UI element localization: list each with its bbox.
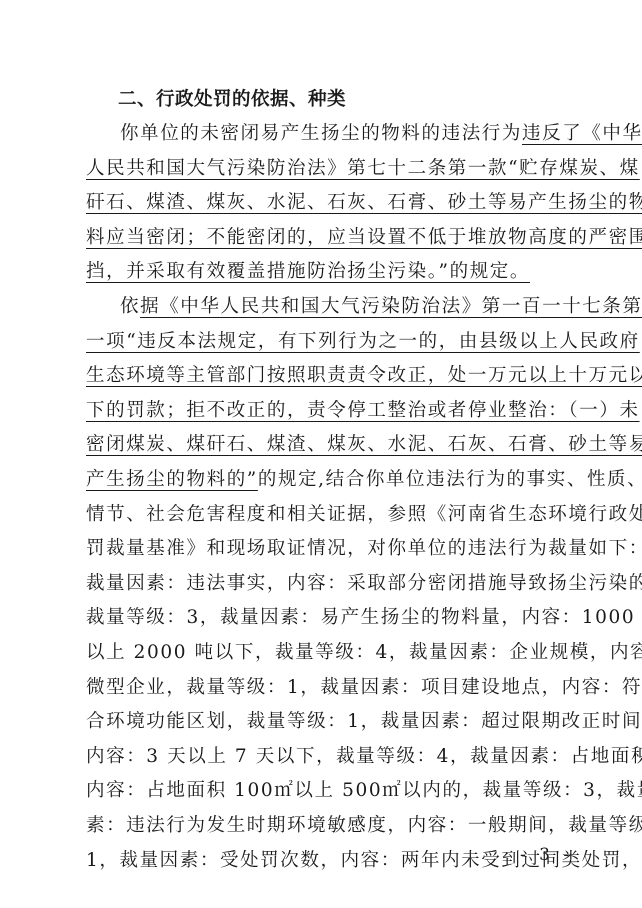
underlined-text: 挡，并采取有效覆盖措施防治扬尘污染。”的规定。 [86,261,530,282]
text-line: 产生扬尘的物料的”的规定,结合你单位违法行为的事实、性质、 [86,467,564,493]
text-line: 人民共和国大气污染防治法》第七十二条第一款“贮存煤炭、煤 [86,156,564,182]
text-line: 矸石、煤渣、煤灰、水泥、石灰、石膏、砂土等易产生扬尘的物 [86,190,564,216]
text-line: 密闭煤炭、煤矸石、煤渣、煤灰、水泥、石灰、石膏、砂土等易 [86,432,564,458]
text-line: 内容：3 天以上 7 天以下，裁量等级：4，裁量因素：占地面积， [86,744,564,770]
text-segment: 裁量因素：违法事实，内容：采取部分密闭措施导致扬尘污染的， [86,573,642,594]
underlined-text: 违反了《中华 [522,123,642,144]
underlined-text: 据《中华人民共和国大气污染防治法》第一百一十七条第 [140,296,642,317]
text-line: 裁量等级：3，裁量因素：易产生扬尘的物料量，内容：1000 吨 [86,605,564,631]
text-segment: 罚裁量基准》和现场取证情况，对你单位的违法行为裁量如下： [86,538,642,559]
text-line: 依据《中华人民共和国大气污染防治法》第一百一十七条第 [120,294,564,320]
underlined-text: 料应当密闭；不能密闭的，应当设置不低于堆放物高度的严密围 [86,227,642,248]
text-line: 一项“违反本法规定，有下列行为之一的，由县级以上人民政府 [86,329,564,355]
text-segment: 内容：占地面积 100㎡以上 500㎡以内的，裁量等级：3，裁量因 [86,780,642,801]
text-line: 罚裁量基准》和现场取证情况，对你单位的违法行为裁量如下： [86,536,564,562]
text-line: 你单位的未密闭易产生扬尘的物料的违法行为违反了《中华 [120,121,564,147]
text-line: 合环境功能区划，裁量等级：1，裁量因素：超过限期改正时间， [86,709,564,735]
page-number: - 3 - [520,845,573,865]
underlined-text: 一项“违反本法规定，有下列行为之一的，由县级以上人民政府 [86,331,640,352]
text-line: 微型企业，裁量等级：1，裁量因素：项目建设地点，内容：符 [86,675,564,701]
underlined-text: 密闭煤炭、煤矸石、煤渣、煤灰、水泥、石灰、石膏、砂土等易 [86,434,642,455]
text-segment: 依 [120,296,140,317]
text-line: 料应当密闭；不能密闭的，应当设置不低于堆放物高度的严密围 [86,225,564,251]
text-line: 裁量因素：违法事实，内容：采取部分密闭措施导致扬尘污染的， [86,571,564,597]
text-line: 以上 2000 吨以下，裁量等级：4，裁量因素：企业规模，内容： [86,640,564,666]
text-segment: 以上 2000 吨以下，裁量等级：4，裁量因素：企业规模，内容： [86,642,642,663]
underlined-text: 产生扬尘的物料的” [86,469,258,490]
underlined-text: 人民共和国大气污染防治法》第七十二条第一款“贮存煤炭、煤 [86,158,640,179]
text-segment: 合环境功能区划，裁量等级：1，裁量因素：超过限期改正时间， [86,711,642,732]
text-segment: 微型企业，裁量等级：1，裁量因素：项目建设地点，内容：符 [86,677,642,698]
text-line: 生态环境等主管部门按照职责责令改正，处一万元以上十万元以 [86,363,564,389]
text-line: 情节、社会危害程度和相关证据，参照《河南省生态环境行政处 [86,502,564,528]
underlined-text: 下的罚款；拒不改正的，责令停工整治或者停业整治：（一）未 [86,400,640,421]
text-line: 内容：占地面积 100㎡以上 500㎡以内的，裁量等级：3，裁量因 [86,778,564,804]
text-segment: 裁量等级：3，裁量因素：易产生扬尘的物料量，内容：1000 吨 [86,607,642,628]
text-line: 1，裁量因素：受处罚次数，内容：两年内未受到过同类处罚， [86,848,564,874]
section-heading: 二、行政处罚的依据、种类 [118,87,418,113]
text-segment: 情节、社会危害程度和相关证据，参照《河南省生态环境行政处 [86,504,642,525]
underlined-text: 生态环境等主管部门按照职责责令改正，处一万元以上十万元以 [86,365,642,386]
text-line: 素：违法行为发生时期环境敏感度，内容：一般期间，裁量等级： [86,813,564,839]
text-segment: 内容：3 天以上 7 天以下，裁量等级：4，裁量因素：占地面积， [86,746,642,767]
text-segment: 的规定,结合你单位违法行为的事实、性质、 [258,469,642,490]
text-segment: 你单位的未密闭易产生扬尘的物料的违法行为 [120,123,522,144]
text-segment: 素：违法行为发生时期环境敏感度，内容：一般期间，裁量等级： [86,815,642,836]
document-page: 二、行政处罚的依据、种类 你单位的未密闭易产生扬尘的物料的违法行为违反了《中华人… [0,0,642,908]
underlined-text: 矸石、煤渣、煤灰、水泥、石灰、石膏、砂土等易产生扬尘的物 [86,192,642,213]
text-line: 挡，并采取有效覆盖措施防治扬尘污染。”的规定。 [86,259,564,285]
text-line: 下的罚款；拒不改正的，责令停工整治或者停业整治：（一）未 [86,398,564,424]
